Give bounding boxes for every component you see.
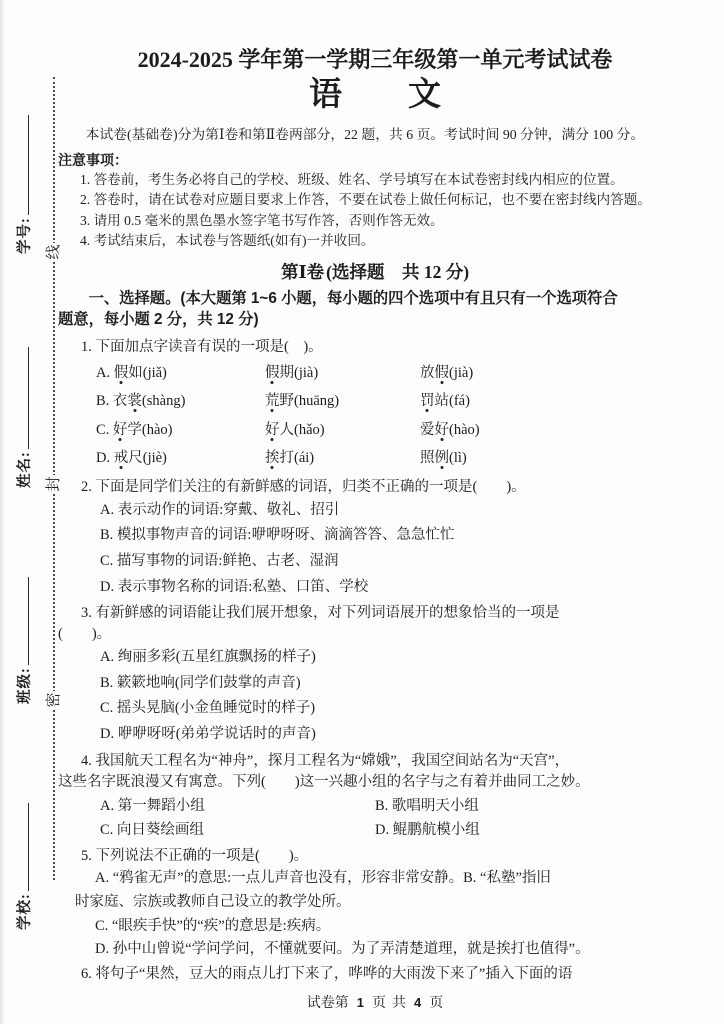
footer-word: 共 [392, 996, 406, 1011]
option-line: C. “眼疾手快”的“疾”的意思是:疾病。 [75, 915, 692, 939]
class-field: 班级: [13, 577, 34, 704]
notice-item: 4. 考试结束后，本试卷与答题纸(如有)一并收回。 [80, 231, 692, 252]
section1-heading: 第Ⅰ卷(选择题 共 12 分) [58, 261, 692, 283]
option-cell: B. 衣裳(shàng) [96, 387, 265, 416]
option-cell: D. 戒尺(jiè) [96, 444, 265, 473]
school-label: 学校: [17, 893, 33, 930]
option: A. 绚丽多彩(五星红旗飘扬的样子) [100, 645, 692, 671]
exam-intro: 本试卷(基础卷)分为第Ⅰ卷和第Ⅱ卷两部分，22 题，共 6 页。考试时间 90 … [58, 125, 692, 145]
notice-item: 2. 答卷时，请在试卷对应题目要求上作答，不要在试卷上做任何标记，也不要在密封线… [80, 190, 692, 211]
option: C. 描写事物的词语:鲜艳、古老、湿润 [100, 549, 692, 575]
section1-heading-rest: (选择题 共 12 分) [326, 262, 469, 282]
exam-page: 线 封 密 学号: 姓名: 班级: 学校: 2024-2025 学年第一学期三年… [0, 0, 724, 1024]
notice-item: 1. 答卷前，考生务必将自己的学校、班级、姓名、学号填写在本试卷密封线内相应的位… [80, 170, 692, 191]
option: B. 簌簌地响(同学们鼓掌的声音) [100, 671, 692, 697]
question-stem: 3. 有新鲜感的词语能让我们展开想象，对下列词语展开的想象恰当的一项是 [58, 603, 692, 624]
exam-title: 2024-2025 学年第一学期三年级第一单元考试试卷 [58, 46, 692, 74]
question-stem: 2. 下面是同学们关注的有新鲜感的词语，归类不正确的一项是( )。 [58, 477, 692, 498]
question-3: 3. 有新鲜感的词语能让我们展开想象，对下列词语展开的想象恰当的一项是( )。A… [58, 603, 692, 748]
page-footer: 试卷第1页共4页 [58, 993, 692, 1014]
option: B. 模拟事物声音的词语:咿咿呀呀、滴滴答答、急急忙忙 [100, 523, 692, 549]
pinyin-option-grid: A. 假如(jiǎ)假期(jià)放假(jià)B. 衣裳(shàng)荒野(h… [96, 359, 692, 473]
student-id-field: 学号: [13, 115, 34, 254]
emphasized-char: 假 [265, 365, 280, 381]
school-field: 学校: [13, 803, 34, 930]
option-cell: 挨打(ái) [265, 444, 420, 473]
option-cell: 罚站(fá) [420, 387, 692, 416]
question-5: 5. 下列说法不正确的一项是( )。A. “鸦雀无声”的意思:一点儿声音也没有，… [58, 846, 692, 962]
footer-page-number: 1 [357, 995, 364, 1010]
option: B. 歌唱明天小组 [375, 794, 692, 819]
question-stem: ( )。 [58, 624, 692, 645]
option-cell: 放假(jià) [420, 359, 692, 388]
emphasized-char: 好 [113, 422, 128, 438]
student-name-field: 姓名: [13, 347, 34, 488]
question-6: 6. 将句子“果然，豆大的雨点儿打下来了，哗哗的大雨泼下来了”插入下面的语 [58, 964, 692, 985]
notice-item: 3. 请用 0.5 毫米的黑色墨水签字笔书写作答，否则作答无效。 [80, 211, 692, 232]
option-grid: A. 第一舞蹈小组B. 歌唱明天小组C. 向日葵绘画组D. 鲲鹏航模小组 [100, 794, 692, 843]
notice-title: 注意事项： [58, 150, 692, 170]
emphasized-char: 假 [435, 365, 450, 381]
option-line: D. 孙中山曾说“学问学问，不懂就要问。为了弄清楚道理，就是挨打也值得”。 [75, 938, 692, 962]
option-cell: 荒野(huāng) [265, 387, 420, 416]
option-list: A. “鸦雀无声”的意思:一点儿声音也没有，形容非常安静。B. “私塾”指旧时家… [75, 867, 692, 962]
option: D. 咿咿呀呀(弟弟学说话时的声音) [100, 722, 692, 748]
class-label: 班级: [17, 667, 33, 704]
class-blank-line [24, 577, 29, 665]
question-stem: 4. 我国航天工程名为“神舟”，探月工程名为“嫦娥”，我国空间站名为“天宫”， [58, 751, 692, 772]
question-4: 4. 我国航天工程名为“神舟”，探月工程名为“嫦娥”，我国空间站名为“天宫”，这… [58, 751, 692, 843]
student-id-blank-line [24, 115, 29, 215]
question-stem: 1. 下面加点字读音有误的一项是( )。 [58, 337, 692, 358]
question-stem: 这些名字既浪漫又有寓意。下列( )这一兴趣小组的名字与之有着并曲同工之妙。 [58, 772, 692, 793]
option-cell: 照例(lì) [420, 444, 692, 473]
emphasized-char: 荒 [265, 393, 280, 409]
question-2: 2. 下面是同学们关注的有新鲜感的词语，归类不正确的一项是( )。A. 表示动作… [58, 477, 692, 601]
emphasized-char: 例 [435, 450, 450, 466]
subject-title: 语 文 [58, 76, 692, 114]
option-list: A. 表示动作的词语:穿戴、敬礼、招引B. 模拟事物声音的词语:咿咿呀呀、滴滴答… [100, 498, 692, 601]
option-cell: 爱好(hào) [420, 416, 692, 445]
student-id-label: 学号: [17, 217, 33, 254]
notice-list: 1. 答卷前，考生务必将自己的学校、班级、姓名、学号填写在本试卷密封线内相应的位… [58, 170, 692, 252]
option: A. 第一舞蹈小组 [100, 794, 375, 819]
option-cell: A. 假如(jiǎ) [96, 359, 265, 388]
option: A. 表示动作的词语:穿戴、敬礼、招引 [100, 498, 692, 524]
option-line: 时家庭、宗族或教师自己设立的教学处所。 [75, 891, 692, 915]
student-name-label: 姓名: [17, 451, 33, 488]
footer-total-pages: 4 [414, 995, 421, 1010]
option: C. 向日葵绘画组 [100, 818, 375, 843]
question-stem: 6. 将句子“果然，豆大的雨点儿打下来了，哗哗的大雨泼下来了”插入下面的语 [58, 964, 692, 985]
student-name-blank-line [24, 347, 29, 449]
emphasized-char: 好 [435, 422, 450, 438]
option-line: A. “鸦雀无声”的意思:一点儿声音也没有，形容非常安静。B. “私塾”指旧 [75, 867, 692, 891]
school-blank-line [24, 803, 29, 891]
option-cell: C. 好学(hào) [96, 416, 265, 445]
option: C. 摇头晃脑(小金鱼睡觉时的样子) [100, 696, 692, 722]
emphasized-char: 裳 [127, 393, 142, 409]
option-cell: 好人(hǎo) [265, 416, 420, 445]
footer-word: 页 [429, 996, 443, 1011]
option: D. 表示事物名称的词语:私塾、口笛、学校 [100, 575, 692, 601]
emphasized-char: 挨 [265, 450, 280, 466]
option-list: A. 绚丽多彩(五星红旗飘扬的样子)B. 簌簌地响(同学们鼓掌的声音)C. 摇头… [100, 645, 692, 748]
question-1: 1. 下面加点字读音有误的一项是( )。A. 假如(jiǎ)假期(jià)放假(… [58, 337, 692, 473]
emphasized-char: 好 [265, 422, 280, 438]
choice-intro-line: 一、选择题。(本大题第 1~6 小题，每小题的四个选项中有且只有一个选项符合 [58, 288, 692, 310]
question-stem: 5. 下列说法不正确的一项是( )。 [58, 846, 692, 867]
option-cell: 假期(jià) [265, 359, 420, 388]
option: D. 鲲鹏航模小组 [375, 818, 692, 843]
section1-heading-main: 第Ⅰ卷 [281, 262, 324, 282]
question-list: 1. 下面加点字读音有误的一项是( )。A. 假如(jiǎ)假期(jià)放假(… [58, 337, 692, 986]
emphasized-char: 罚 [420, 393, 435, 409]
exam-content: 2024-2025 学年第一学期三年级第一单元考试试卷 语 文 本试卷(基础卷)… [58, 0, 692, 1014]
choice-section-intro: 一、选择题。(本大题第 1~6 小题，每小题的四个选项中有且只有一个选项符合 题… [58, 288, 692, 331]
emphasized-char: 戒 [114, 450, 129, 466]
choice-intro-line: 题意，每小题 2 分，共 12 分) [58, 309, 692, 331]
emphasized-char: 假 [114, 365, 129, 381]
footer-prefix: 试卷第 [307, 996, 349, 1011]
footer-word: 页 [372, 996, 386, 1011]
